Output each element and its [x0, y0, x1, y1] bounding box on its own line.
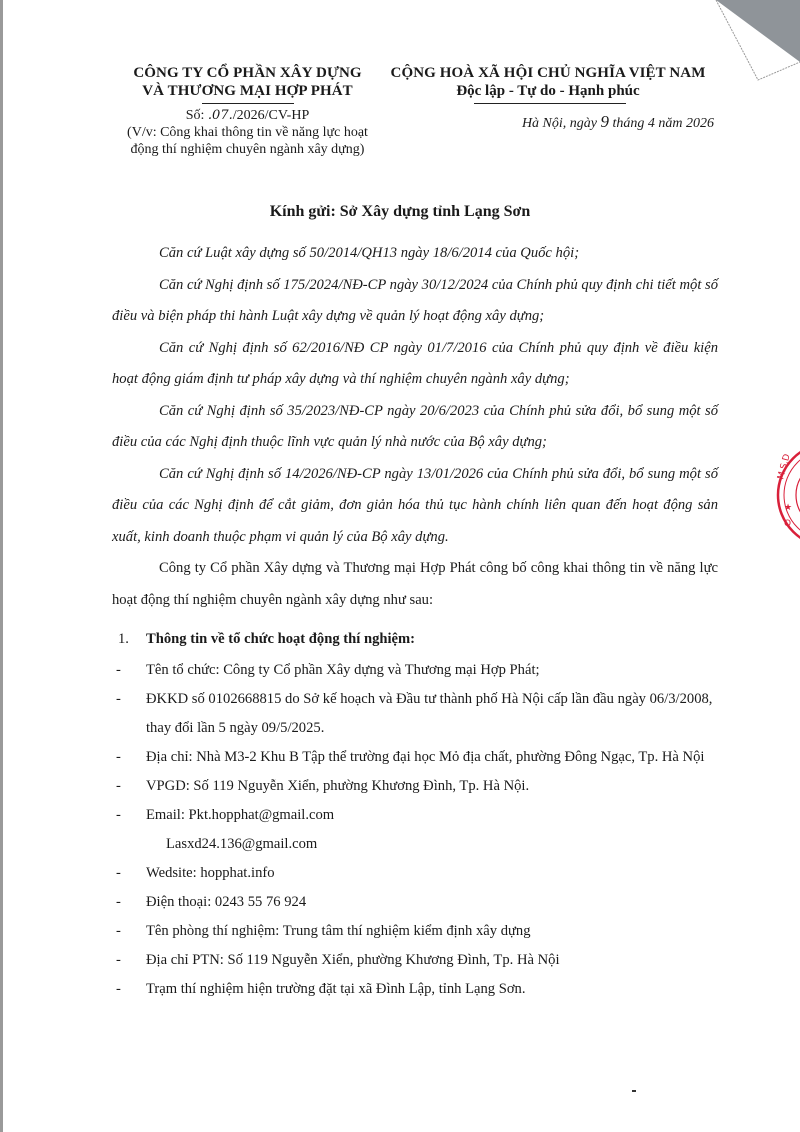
recipient-line: Kính gửi: Sở Xây dựng tỉnh Lạng Sơn	[0, 203, 800, 221]
place-date: Hà Nội, ngày 9 tháng 4 năm 2026	[378, 112, 718, 132]
list-item-website: -Wedsite: hopphat.info	[112, 859, 718, 888]
company-name-line1: CÔNG TY CỔ PHẦN XÂY DỰNG	[105, 64, 390, 82]
issuer-header: CÔNG TY CỔ PHẦN XÂY DỰNG VÀ THƯƠNG MẠI H…	[105, 64, 390, 158]
svg-text:O: O	[784, 519, 791, 529]
legal-basis-item: Căn cứ Nghị định số 62/2016/NĐ CP ngày 0…	[112, 333, 718, 396]
document-number: Số: .07./2026/CV-HP	[105, 107, 390, 124]
list-item: -Địa chỉ PTN: Số 119 Nguyễn Xiển, phường…	[112, 946, 718, 975]
subject-line2: động thí nghiệm chuyên ngành xây dựng)	[105, 141, 390, 158]
header-divider	[202, 103, 294, 104]
list-item-phone: -Điện thoại: 0243 55 76 924	[112, 888, 718, 917]
secondary-email: Lasxd24.136@gmail.com	[112, 830, 718, 859]
scan-left-edge	[0, 0, 3, 1132]
scan-speck	[632, 1090, 636, 1092]
svg-text:★: ★	[784, 503, 792, 513]
motto-underline	[474, 103, 626, 104]
company-name-line2: VÀ THƯƠNG MẠI HỢP PHÁT	[105, 82, 390, 100]
red-seal-stamp-icon: M.S.D ★ O	[770, 440, 800, 550]
legal-basis-item: Căn cứ Nghị định số 35/2023/NĐ-CP ngày 2…	[112, 396, 718, 459]
legal-basis-item: Căn cứ Nghị định số 14/2026/NĐ-CP ngày 1…	[112, 459, 718, 554]
national-motto: Độc lập - Tự do - Hạnh phúc	[378, 82, 718, 100]
svg-text:M.S.D: M.S.D	[776, 453, 792, 481]
legal-basis-item: Căn cứ Luật xây dựng số 50/2014/QH13 ngà…	[112, 238, 718, 270]
intro-paragraph: Công ty Cổ phần Xây dựng và Thương mại H…	[112, 553, 718, 616]
list-item-email: -Email: Pkt.hopphat@gmail.com	[112, 801, 718, 830]
list-item: -Tên phòng thí nghiệm: Trung tâm thí ngh…	[112, 917, 718, 946]
nation-title: CỘNG HOÀ XÃ HỘI CHỦ NGHĨA VIỆT NAM	[378, 64, 718, 82]
list-item: -Tên tổ chức: Công ty Cổ phần Xây dựng v…	[112, 656, 718, 685]
national-header: CỘNG HOÀ XÃ HỘI CHỦ NGHĨA VIỆT NAM Độc l…	[378, 64, 718, 132]
section-1-heading: 1.Thông tin về tổ chức hoạt động thí ngh…	[112, 624, 718, 656]
list-item: -Địa chỉ: Nhà M3-2 Khu B Tập thể trường …	[112, 743, 718, 772]
legal-basis-list: Căn cứ Luật xây dựng số 50/2014/QH13 ngà…	[112, 238, 718, 553]
organization-info-list: -Tên tổ chức: Công ty Cổ phần Xây dựng v…	[112, 656, 718, 1004]
list-item: -ĐKKD số 0102668815 do Sở kế hoạch và Đầ…	[112, 685, 718, 743]
handwritten-day: 9	[601, 112, 610, 131]
list-item: -VPGD: Số 119 Nguyễn Xiển, phường Khương…	[112, 772, 718, 801]
handwritten-number: .07.	[208, 108, 233, 123]
document-body: Căn cứ Luật xây dựng số 50/2014/QH13 ngà…	[112, 238, 718, 1004]
subject-line1: (V/v: Công khai thông tin về năng lực ho…	[105, 124, 390, 141]
legal-basis-item: Căn cứ Nghị định số 175/2024/NĐ-CP ngày …	[112, 270, 718, 333]
list-item: -Trạm thí nghiệm hiện trường đặt tại xã …	[112, 975, 718, 1004]
